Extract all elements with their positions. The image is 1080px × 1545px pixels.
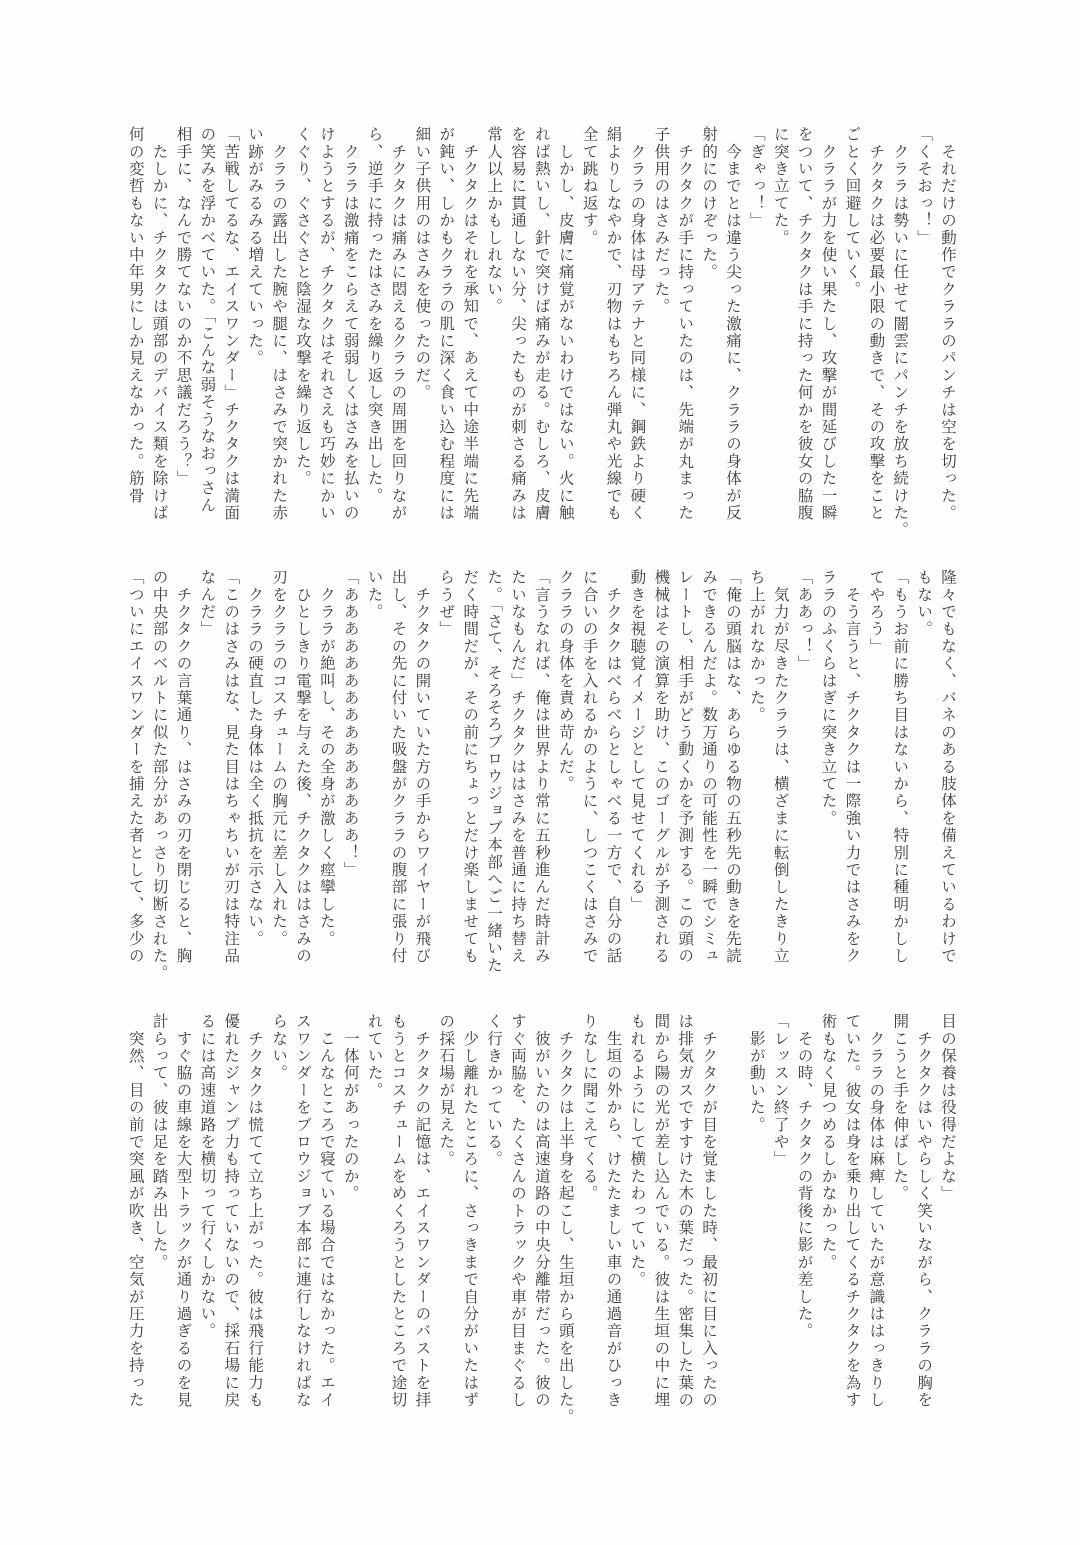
text-line: たいなもんだ」チクタクははさみを普通に持ち替え: [505, 569, 529, 965]
text-line: クララの身体は麻痺していたが意識ははっきりし: [863, 1013, 887, 1409]
text-line: 隆々でもなく、バネのある肢体を備えているわけで: [935, 569, 959, 965]
blank-line: [720, 1013, 744, 1409]
text-line: クララの露出した腕や腿に、はさみで突かれた赤: [266, 126, 290, 522]
text-line: りなしに聞こえてくる。: [577, 1013, 601, 1409]
text-line: 「あああああああああああああああ！」: [338, 569, 362, 965]
text-line: それだけの動作でクララのパンチは空を切った。: [935, 126, 959, 522]
text-line: 相手に、なんで勝てないのか不思議だろう？」: [171, 126, 195, 522]
text-line: スワンダーをブロウジョブ本部に連行しなければな: [290, 1013, 314, 1409]
text-line: 「ぎゃっ！」: [744, 126, 768, 522]
text-line: 「くそおっ！」: [911, 126, 935, 522]
text-line: チクタクはいやらしく笑いながら、クララの胸を: [911, 1013, 935, 1409]
text-line: チクタクは慌てて立ち上がった。彼は飛行能力も: [242, 1013, 266, 1409]
text-line: 射的にのけぞった。: [696, 126, 720, 522]
text-line: ひとしきり電撃を与えた後、チクタクははさみの: [290, 569, 314, 965]
text-line: チクタクは上半身を起こし、生垣から頭を出した。: [553, 1013, 577, 1409]
text-line: チクタクは痛みに悶えるクララの周囲を回りなが: [386, 126, 410, 522]
text-line: チクタクの言葉通り、はさみの刃を閉じると、胸: [171, 569, 195, 965]
text-line: ら、逆手に持ったはさみを繰り返し突き出した。: [362, 126, 386, 522]
text-line: 「レッスン終了や」: [768, 1013, 792, 1409]
text-line: チクタクが手に持っていたのは、先端が丸まった: [672, 126, 696, 522]
text-line: すぐ両脇を、たくさんのトラックや車が目まぐるし: [505, 1013, 529, 1409]
text-line: 動きを視聴覚イメージとして見せてくれる」: [625, 569, 649, 965]
text-line: が鈍い、しかもクララの肌に深く食い込む程度には: [433, 126, 457, 522]
text-line: 「もうお前に勝ち目はないから、特別に種明かしし: [887, 569, 911, 965]
text-line: もない。: [911, 569, 935, 965]
text-line: 常人以上かもしれない。: [481, 126, 505, 522]
text-line: クララは勢いに任せて闇雲にパンチを放ち続けた。: [887, 126, 911, 522]
text-line: 機械はその演算を助け、このゴーグルが予測される: [648, 569, 672, 965]
text-line: く行きかっている。: [481, 1013, 505, 1409]
text-line: ごとく回避していく。: [840, 126, 864, 522]
text-line: こんなところで寝ている場合ではなかった。エイ: [314, 1013, 338, 1409]
text-line: たしかに、チクタクは頭部のデバイス類を除けば: [147, 126, 171, 522]
text-line: るには高速道路を横切って行くしかない。: [195, 1013, 219, 1409]
text-line: 「苦戦してるな、エイスワンダー」チクタクは満面: [218, 126, 242, 522]
text-line: 一体何があったのか。: [338, 1013, 362, 1409]
text-line: チクタクが目を覚ました時、最初に目に入ったの: [696, 1013, 720, 1409]
text-line: しかし、皮膚に痛覚がないわけではない。火に触: [553, 126, 577, 522]
text-line: クララの身体を責め苛んだ。: [553, 569, 577, 965]
text-line: 「ああっ！」: [792, 569, 816, 965]
text-line: 細い子供用のはさみを使ったのだ。: [410, 126, 434, 522]
text-line: 気力が尽きたクララは、横ざまに転倒したきり立: [768, 569, 792, 965]
text-line: 出し、その先に付いた吸盤がクララの腹部に張り付: [386, 569, 410, 965]
text-line: の笑みを浮かべていた。「こんな弱そうなおっさん: [195, 126, 219, 522]
text-line: らうぜ」: [433, 569, 457, 965]
text-line: クララの硬直した身体は全く抵抗を示さない。: [242, 569, 266, 965]
text-line: 間から陽の光が差し込んでいる。彼は生垣の中に埋: [648, 1013, 672, 1409]
text-line: クララは激痛をこらえて弱弱しくはさみを払いの: [338, 126, 362, 522]
text-line: 目の保養は役得だよな」: [935, 1013, 959, 1409]
text-line: 計らって、彼は足を踏み出した。: [147, 1013, 171, 1409]
text-line: た。「さて、そろそろブロウジョブ本部へご一緒いた: [481, 569, 505, 965]
text-line: てやろう」: [863, 569, 887, 965]
text-line: 刃をクララのコスチュームの胸元に差し入れた。: [266, 569, 290, 965]
text-tier-middle: 隆々でもなく、バネのある肢体を備えているわけで もない。 「もうお前に勝ち目はな…: [122, 569, 959, 965]
text-line: ララのふくらはぎに突き立てた。: [816, 569, 840, 965]
text-line: 絹よりしなやかで、刃物はもちろん弾丸や光線でも: [601, 126, 625, 522]
text-line: 何の変哲もない中年男にしか見えなかった。筋骨: [123, 126, 147, 522]
text-line: に合いの手を入れるかのように、しつこくはさみで: [577, 569, 601, 965]
text-line: 術もなく見つめるしかなかった。: [816, 1013, 840, 1409]
text-line: チクタクの記憶は、エイスワンダーのバストを拝: [410, 1013, 434, 1409]
text-line: 「ついにエイスワンダーを捕えた者として、多少の: [123, 569, 147, 965]
text-line: なんだ」: [195, 569, 219, 965]
text-line: 「このはさみはな、見た目はちゃちいが刃は特注品: [218, 569, 242, 965]
text-line: 突然、目の前で突風が吹き、空気が圧力を持った: [123, 1013, 147, 1409]
text-line: レートし、相手がどう動くかを予測する。この頭の: [672, 569, 696, 965]
text-tier-top: それだけの動作でクララのパンチは空を切った。 「くそおっ！」 クララは勢いに任せ…: [122, 126, 959, 522]
text-line: らない。: [266, 1013, 290, 1409]
text-line: 優れたジャンプ力も持っていないので、採石場に戻: [218, 1013, 242, 1409]
text-line: は排気ガスですすけた木の葉だった。密集した葉の: [672, 1013, 696, 1409]
text-line: 「俺の頭脳はな、あらゆる物の五秒先の動きを先読: [720, 569, 744, 965]
text-line: の採石場が見えた。: [433, 1013, 457, 1409]
text-line: いた。: [362, 569, 386, 965]
text-line: い跡がみるみる増えていった。: [242, 126, 266, 522]
text-line: クララが力を使い果たし、攻撃が間延びした一瞬: [816, 126, 840, 522]
novel-page: それだけの動作でクララのパンチは空を切った。 「くそおっ！」 クララは勢いに任せ…: [0, 0, 1080, 1545]
text-line: けようとするが、チクタクはそれさえも巧妙にかい: [314, 126, 338, 522]
text-line: 全て跳ね返す。: [577, 126, 601, 522]
text-line: ち上がれなかった。: [744, 569, 768, 965]
text-line: れていた。: [362, 1013, 386, 1409]
text-line: 子供用のはさみだった。: [648, 126, 672, 522]
text-line: 今までとは違う尖った激痛に、クララの身体が反: [720, 126, 744, 522]
text-tier-bottom: 目の保養は役得だよな」 チクタクはいやらしく笑いながら、クララの胸を 開こうと手…: [122, 1013, 959, 1409]
text-line: もれるようにして横たわっていた。: [625, 1013, 649, 1409]
text-line: 彼がいたのは高速道路の中央分離帯だった。彼の: [529, 1013, 553, 1409]
text-line: に突き立てた。: [768, 126, 792, 522]
text-line: を容易に貫通しない分、尖ったものが刺さる痛みは: [505, 126, 529, 522]
text-line: みできるんだよ。数万通りの可能性を一瞬でシミュ: [696, 569, 720, 965]
text-line: すぐ脇の車線を大型トラックが通り過ぎるのを見: [171, 1013, 195, 1409]
text-line: の中央部のベルトに似た部分があっさり切断された。: [147, 569, 171, 965]
text-line: 「言うなれば、俺は世界より常に五秒進んだ時計み: [529, 569, 553, 965]
text-line: 影が動いた。: [744, 1013, 768, 1409]
text-line: 開こうと手を伸ばした。: [887, 1013, 911, 1409]
text-line: チクタクは必要最小限の動きで、その攻撃をこと: [863, 126, 887, 522]
text-line: クララの身体は母アテナと同様に、鋼鉄より硬く: [625, 126, 649, 522]
text-line: クララが絶叫し、その全身が激しく痙攣した。: [314, 569, 338, 965]
text-line: だく時間だが、その前にちょっとだけ楽しませても: [457, 569, 481, 965]
text-line: もうとコスチュームをめくろうとしたところで途切: [386, 1013, 410, 1409]
text-line: 生垣の外から、けたたましい車の通過音がひっき: [601, 1013, 625, 1409]
text-line: チクタクはべらべらとしゃべる一方で、自分の話: [601, 569, 625, 965]
text-line: その時、チクタクの背後に影が差した。: [792, 1013, 816, 1409]
text-line: 少し離れたところに、さっきまで自分がいたはず: [457, 1013, 481, 1409]
text-line: そう言うと、チクタクは一際強い力ではさみをク: [840, 569, 864, 965]
text-line: をついて、チクタクは手に持った何かを彼女の脇腹: [792, 126, 816, 522]
text-line: チクタクの開いていた方の手からワイヤーが飛び: [410, 569, 434, 965]
text-line: ていた。彼女は身を乗り出してくるチクタクを為す: [840, 1013, 864, 1409]
text-line: チクタクはそれを承知で、あえて中途半端に先端: [457, 126, 481, 522]
text-line: くぐり、ぐさぐさと陰湿な攻撃を繰り返した。: [290, 126, 314, 522]
text-line: れば熱いし、針で突けば痛みが走る。むしろ、皮膚: [529, 126, 553, 522]
